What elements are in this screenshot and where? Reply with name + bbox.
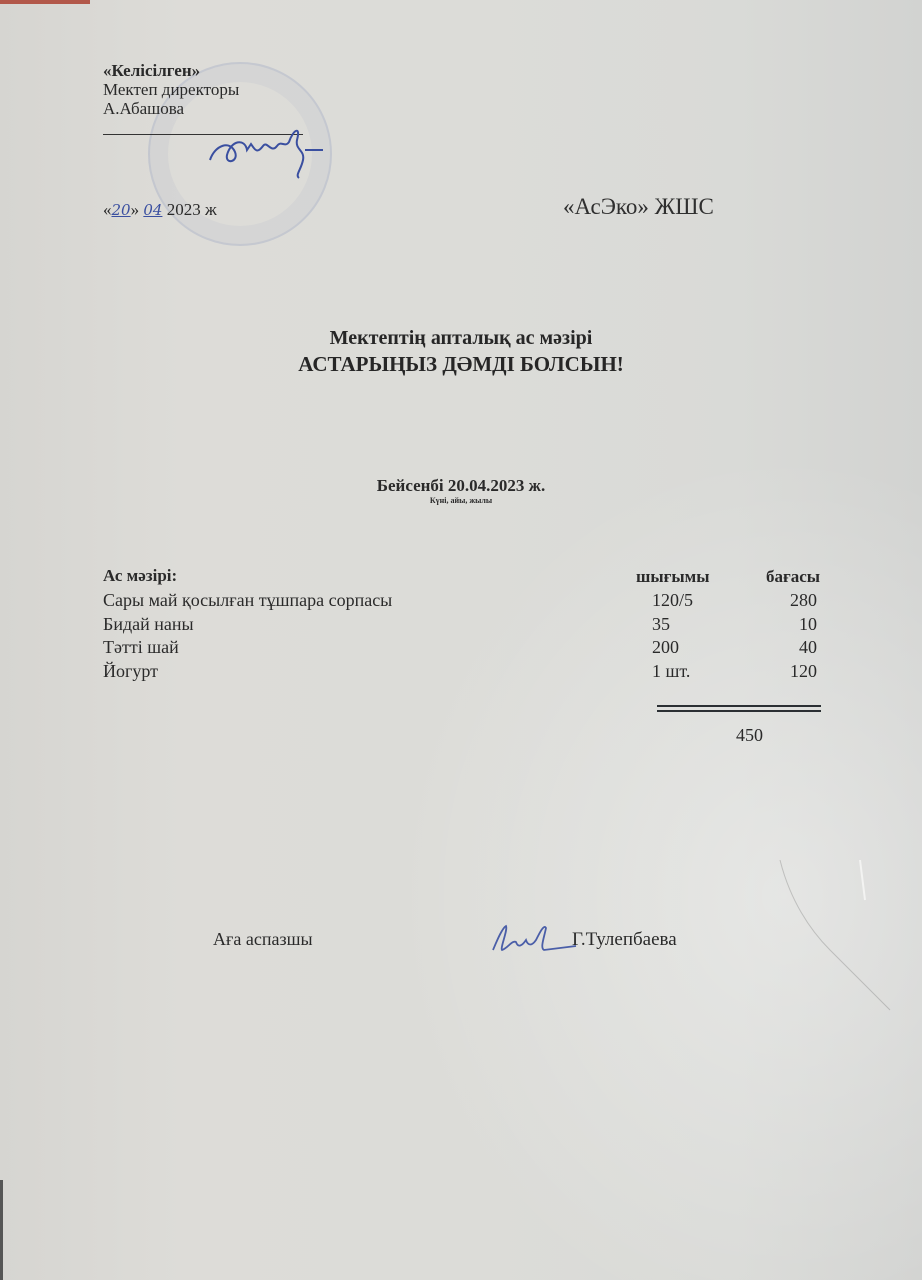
menu-row: Йогурт1 шт.120 — [0, 661, 922, 681]
date-quote-open: « — [103, 200, 112, 219]
menu-item-price: 280 — [790, 590, 817, 611]
menu-row: Сары май қосылған тұшпара сорпасы120/528… — [0, 590, 922, 610]
background-red-corner — [0, 0, 90, 4]
document-page: «Келісілген» Мектеп директоры А.Абашова … — [0, 0, 922, 1280]
menu-item-yield: 120/5 — [652, 590, 693, 611]
menu-day: Бейсенбі 20.04.2023 ж. — [0, 476, 922, 496]
menu-item-name: Бидай наны — [103, 614, 194, 635]
menu-row: Бидай наны3510 — [0, 614, 922, 634]
menu-item-name: Сары май қосылған тұшпара сорпасы — [103, 590, 392, 611]
menu-total: 450 — [736, 725, 763, 746]
menu-header-price: бағасы — [766, 567, 820, 587]
paper-crease — [770, 860, 920, 1020]
menu-item-yield: 1 шт. — [652, 661, 690, 682]
chef-name: Г.Тулепбаева — [572, 929, 677, 951]
background-edge — [0, 1180, 3, 1280]
approval-heading: «Келісілген» — [103, 61, 303, 80]
menu-item-price: 40 — [799, 637, 817, 658]
company-name: «АсЭко» ЖШС — [563, 194, 714, 220]
date-month: 04 — [143, 201, 162, 219]
menu-item-name: Йогурт — [103, 661, 158, 682]
menu-header-yield: шығымы — [636, 567, 709, 587]
approval-position: Мектеп директоры — [103, 80, 303, 99]
menu-item-price: 10 — [799, 614, 817, 635]
date-quote-close: » — [131, 200, 140, 219]
date-day: 20 — [112, 201, 131, 219]
menu-day-caption: Күні, айы, жылы — [0, 496, 922, 505]
chef-label: Аға аспазшы — [213, 929, 313, 950]
approval-date: «20» 04 2023 ж — [103, 200, 217, 220]
menu-item-price: 120 — [790, 661, 817, 682]
menu-header-name: Ас мәзірі: — [103, 566, 177, 586]
approval-name: А.Абашова — [103, 99, 303, 118]
date-year: 2023 ж — [167, 200, 217, 219]
menu-title: Мектептің апталық ас мәзірі — [0, 327, 922, 350]
menu-item-yield: 200 — [652, 637, 679, 658]
menu-item-yield: 35 — [652, 614, 670, 635]
menu-subtitle: АСТАРЫҢЫЗ ДӘМДІ БОЛСЫН! — [0, 352, 922, 377]
chef-signature-icon — [488, 918, 578, 958]
total-double-rule — [657, 705, 821, 712]
menu-row: Тәтті шай20040 — [0, 637, 922, 657]
menu-item-name: Тәтті шай — [103, 637, 179, 658]
director-signature-icon — [205, 120, 335, 180]
